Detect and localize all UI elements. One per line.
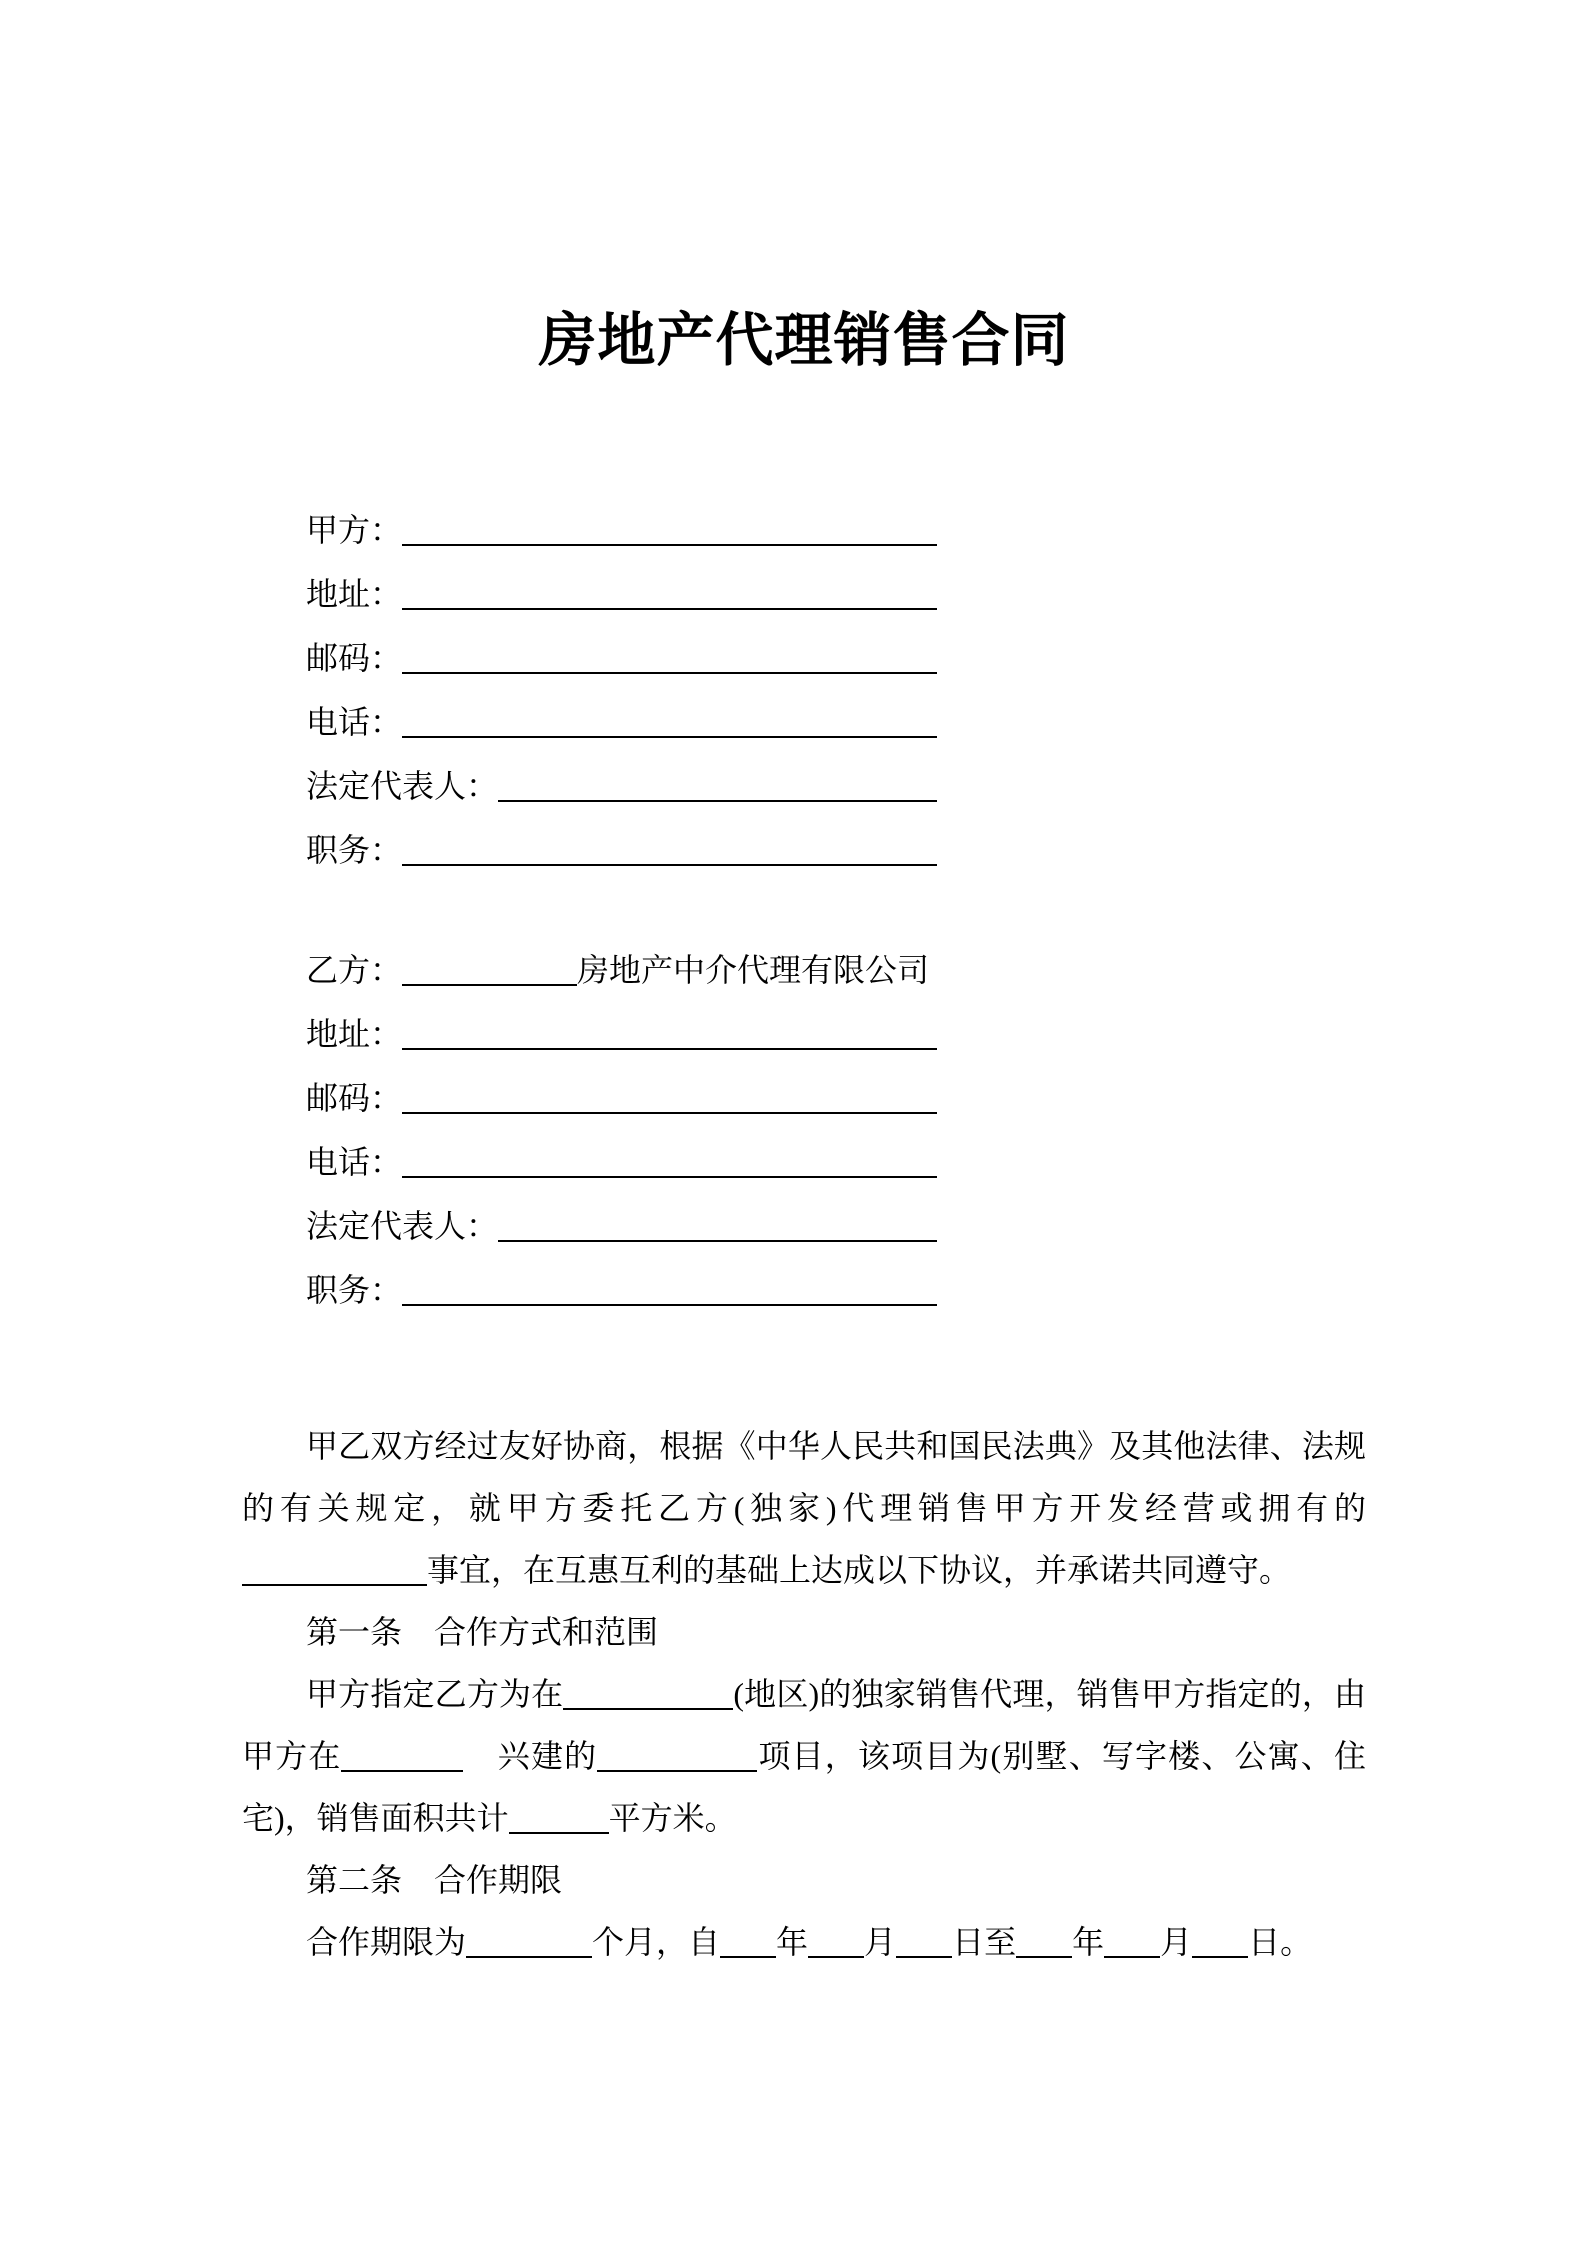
section-2-start-year-blank-line — [720, 1946, 776, 1958]
section-1-area-blank-line — [509, 1822, 609, 1834]
party-a-zip-label: 邮码： — [306, 640, 402, 676]
party-b-legal-rep-label: 法定代表人： — [306, 1208, 498, 1244]
party-b-name-label: 乙方： — [306, 952, 402, 988]
party-b-zip-blank-line — [402, 1102, 937, 1114]
party-a-position-label: 职务： — [306, 832, 402, 868]
party-a-legal-rep-label: 法定代表人： — [306, 768, 498, 804]
preamble-text-2: 事宜，在互惠互利的基础上达成以下协议，并承诺共同遵守。 — [427, 1552, 1291, 1588]
party-a-address-label: 地址： — [306, 576, 402, 612]
party-a-section: 甲方： 地址： 邮码： 电话： 法定代表人： 职务： — [242, 498, 1366, 882]
party-b-section: 乙方：房地产中介代理有限公司 地址： 邮码： 电话： 法定代表人： 职务： — [242, 938, 1366, 1322]
party-b-address-blank-line — [402, 1038, 937, 1050]
preamble-text-1: 甲乙双方经过友好协商，根据《中华人民共和国民法典》及其他法律、法规的有关规定，就… — [242, 1428, 1366, 1526]
section-2-text-7: 月 — [1160, 1924, 1192, 1960]
party-b-name-row: 乙方：房地产中介代理有限公司 — [242, 938, 1366, 1002]
party-b-address-label: 地址： — [306, 1016, 402, 1052]
preamble-paragraph: 甲乙双方经过友好协商，根据《中华人民共和国民法典》及其他法律、法规的有关规定，就… — [242, 1415, 1366, 1601]
section-1-project-blank-line — [597, 1760, 757, 1772]
party-b-position-label: 职务： — [306, 1272, 402, 1308]
party-a-phone-blank-line — [402, 726, 937, 738]
party-b-name-blank-line — [402, 974, 577, 986]
section-2-text-4: 月 — [864, 1924, 896, 1960]
party-a-name-row: 甲方： — [242, 498, 1366, 562]
contract-body: 甲乙双方经过友好协商，根据《中华人民共和国民法典》及其他法律、法规的有关规定，就… — [242, 1415, 1366, 1973]
party-a-address-row: 地址： — [242, 562, 1366, 626]
preamble-blank-line — [242, 1574, 427, 1586]
section-2-start-day-blank-line — [896, 1946, 952, 1958]
party-b-legal-rep-row: 法定代表人： — [242, 1194, 1366, 1258]
party-b-company-suffix: 房地产中介代理有限公司 — [577, 952, 929, 988]
contract-document-page: 房地产代理销售合同 甲方： 地址： 邮码： 电话： 法定代表人： 职务： 乙方：… — [0, 0, 1587, 2245]
party-a-zip-row: 邮码： — [242, 626, 1366, 690]
party-a-legal-rep-row: 法定代表人： — [242, 754, 1366, 818]
party-b-zip-label: 邮码： — [306, 1080, 402, 1116]
section-2-text-3: 年 — [776, 1924, 808, 1960]
section-1-text-4: 项目，该项目为(别墅、写字楼、公寓、住宅)，销售面积共计 — [242, 1738, 1366, 1836]
section-2-text-8: 日。 — [1248, 1924, 1312, 1960]
section-1-location-blank-line — [341, 1760, 463, 1772]
party-b-phone-blank-line — [402, 1166, 937, 1178]
section-2-text-5: 日至 — [952, 1924, 1016, 1960]
party-a-address-blank-line — [402, 598, 937, 610]
section-2-start-month-blank-line — [808, 1946, 864, 1958]
party-a-legal-rep-blank-line — [498, 790, 937, 802]
section-2-paragraph: 合作期限为个月，自年月日至年月日。 — [242, 1911, 1366, 1973]
section-2-end-year-blank-line — [1016, 1946, 1072, 1958]
section-2-months-blank-line — [466, 1946, 592, 1958]
party-a-zip-blank-line — [402, 662, 937, 674]
party-b-position-blank-line — [402, 1294, 937, 1306]
party-a-name-label: 甲方： — [306, 512, 402, 548]
party-b-legal-rep-blank-line — [498, 1230, 937, 1242]
section-1-text-1: 甲方指定乙方为在 — [306, 1676, 563, 1712]
section-2-end-day-blank-line — [1192, 1946, 1248, 1958]
party-b-position-row: 职务： — [242, 1258, 1366, 1322]
section-2-heading: 第二条 合作期限 — [242, 1849, 1366, 1911]
party-b-phone-label: 电话： — [306, 1144, 402, 1180]
section-2-text-2: 个月，自 — [592, 1924, 720, 1960]
party-a-position-blank-line — [402, 854, 937, 866]
section-1-region-blank-line — [563, 1698, 733, 1710]
party-a-phone-label: 电话： — [306, 704, 402, 740]
party-b-zip-row: 邮码： — [242, 1066, 1366, 1130]
party-a-position-row: 职务： — [242, 818, 1366, 882]
section-2-end-month-blank-line — [1104, 1946, 1160, 1958]
section-1-text-5: 平方米。 — [609, 1800, 737, 1836]
section-1-text-3: 兴建的 — [463, 1738, 597, 1774]
document-title: 房地产代理销售合同 — [242, 0, 1366, 384]
section-2-text-1: 合作期限为 — [306, 1924, 466, 1960]
section-1-paragraph: 甲方指定乙方为在(地区)的独家销售代理，销售甲方指定的，由甲方在 兴建的项目，该… — [242, 1663, 1366, 1849]
party-a-name-blank-line — [402, 534, 937, 546]
section-1-heading: 第一条 合作方式和范围 — [242, 1601, 1366, 1663]
party-b-address-row: 地址： — [242, 1002, 1366, 1066]
party-a-phone-row: 电话： — [242, 690, 1366, 754]
section-2-text-6: 年 — [1072, 1924, 1104, 1960]
party-b-phone-row: 电话： — [242, 1130, 1366, 1194]
